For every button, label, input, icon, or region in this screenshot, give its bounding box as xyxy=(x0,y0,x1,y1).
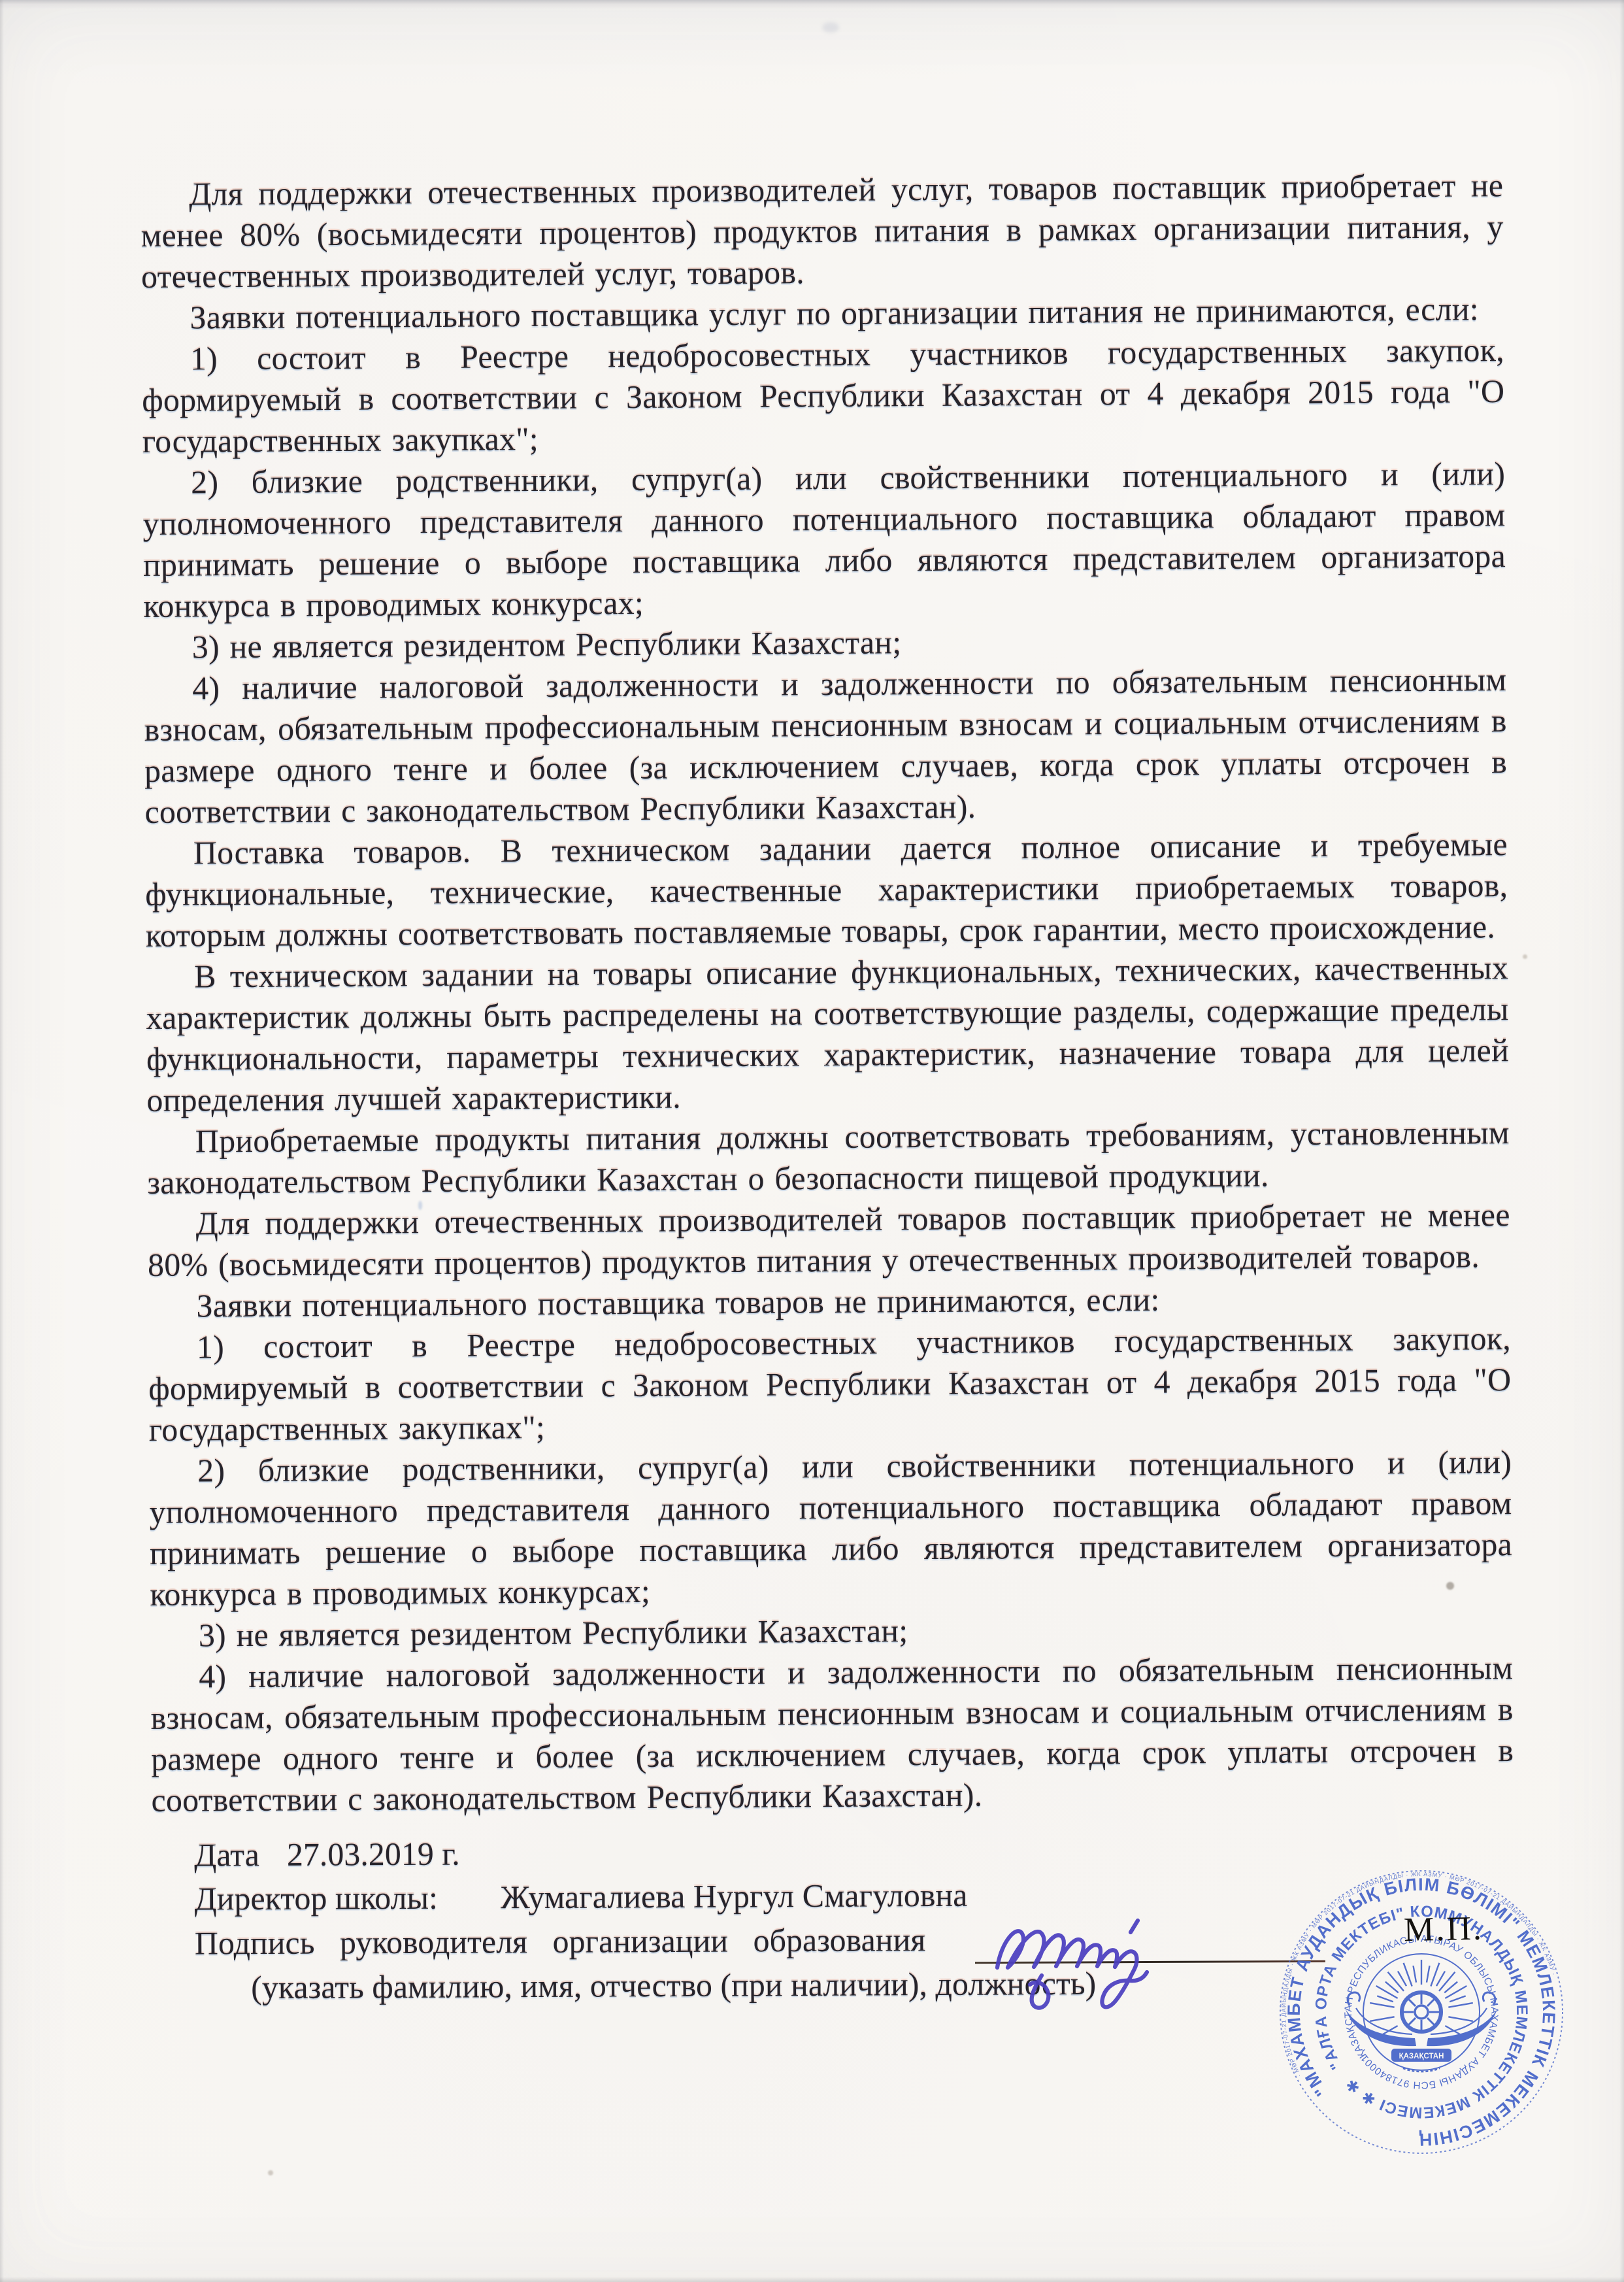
date-value: 27.03.2019 г. xyxy=(287,1836,460,1873)
signature-stroke-main xyxy=(997,1931,1133,1968)
scanned-document-page: Для поддержки отечественных производител… xyxy=(0,0,1624,2282)
signature-accent xyxy=(1131,1921,1138,1932)
director-line: Директор школы:Жумагалиева Нургул Смагул… xyxy=(194,1876,967,1918)
signature-ink xyxy=(979,1864,1214,2021)
signature-note: (указать фамилию, имя, отчество (при нал… xyxy=(251,1964,1096,2006)
scan-smudge xyxy=(822,22,839,33)
director-label: Директор школы: xyxy=(194,1879,438,1917)
emblem-shanyrak xyxy=(1402,1992,1441,2032)
director-name: Жумагалиева Нургул Смагуловна xyxy=(501,1877,968,1915)
signature-caption: Подпись руководителя организации образов… xyxy=(195,1921,926,1962)
scan-speck xyxy=(1446,1582,1454,1590)
scan-speck xyxy=(418,1201,422,1210)
date-label: Дата xyxy=(194,1836,259,1873)
date-line: Дата27.03.2019 г. xyxy=(194,1835,460,1874)
signature-flourish xyxy=(1030,1975,1048,2008)
scan-speck xyxy=(1523,954,1527,959)
emblem-banner: ҚАЗАҚСТАН xyxy=(1391,2049,1451,2072)
seal-place-mark: М.П. xyxy=(1403,1909,1483,1950)
scan-speck xyxy=(268,2170,273,2175)
emblem-banner-label: ҚАЗАҚСТАН xyxy=(1399,2053,1444,2060)
signature-descender xyxy=(1102,1952,1147,2007)
